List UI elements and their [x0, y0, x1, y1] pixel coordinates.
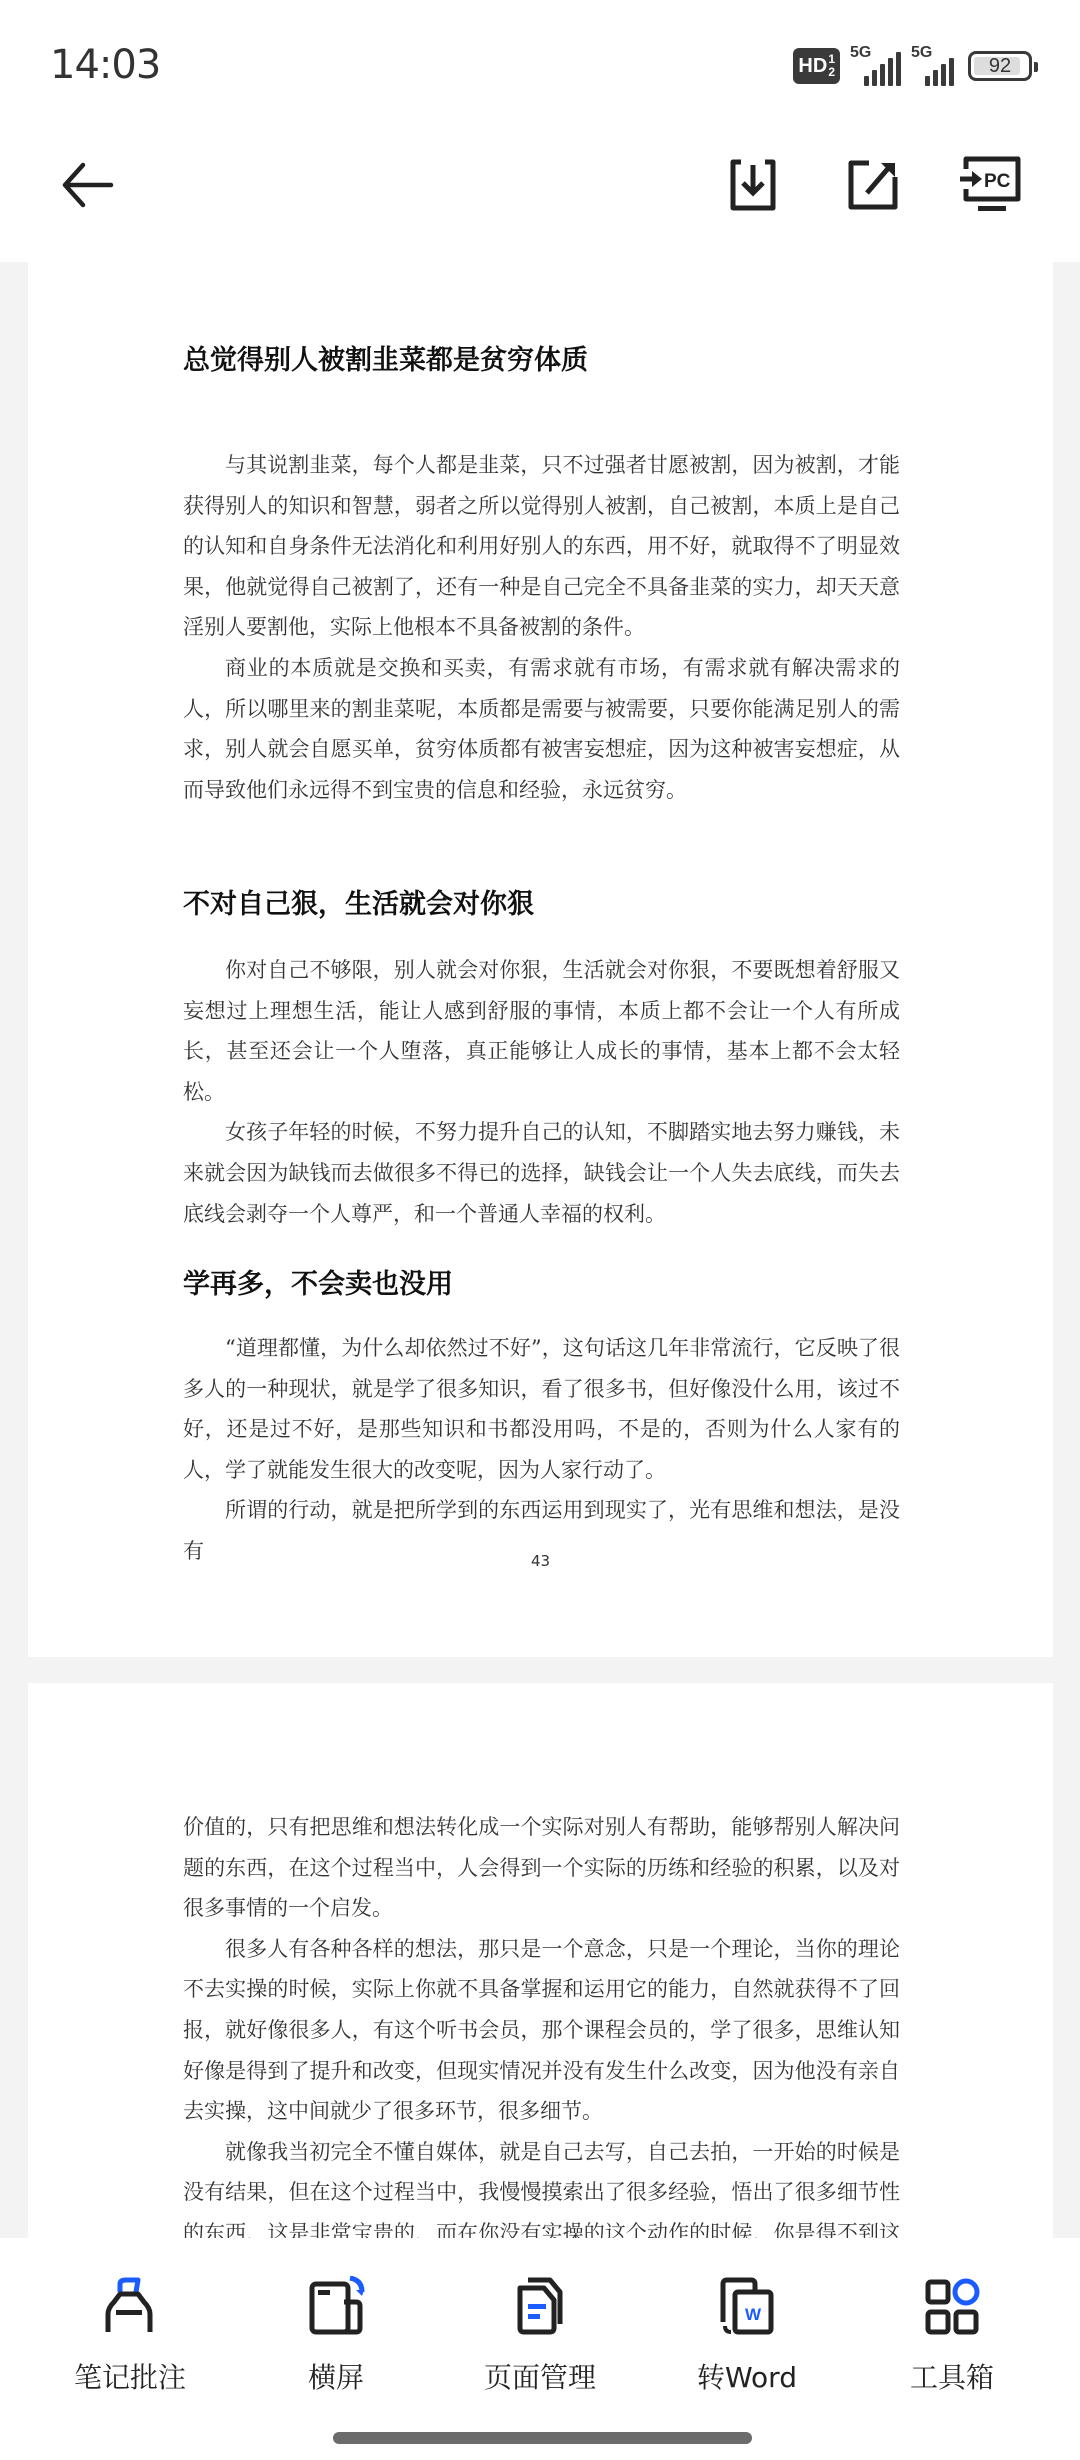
- section-heading: 学再多，不会卖也没用: [183, 1262, 453, 1301]
- hd-sim2: 2: [828, 66, 835, 79]
- svg-text:PC: PC: [984, 171, 1011, 192]
- status-icons: HD 12 5G 5G 92: [793, 46, 1032, 86]
- highlighter-icon: [100, 2276, 160, 2336]
- bottom-toolbar: 笔记批注 横屏 页面管理: [0, 2238, 1080, 2460]
- tool-label: 工具箱: [910, 2356, 994, 2396]
- open-on-pc-button[interactable]: PC: [956, 150, 1026, 220]
- sim2-network-label: 5G: [911, 44, 932, 62]
- section-body: 与其说割韭菜，每个人都是韭菜，只不过强者甘愿被割，因为被割，才能获得别人的知识和…: [183, 445, 900, 810]
- paragraph-continuation: 价值的，只有把思维和想法转化成一个实际对别人有帮助，能够帮别人解决问题的东西，在…: [183, 1807, 900, 1929]
- section-body: “道理都懂，为什么却依然过不好”，这句话这几年非常流行，它反映了很多人的一种现状…: [183, 1328, 900, 1572]
- section-body: 你对自己不够限，别人就会对你狠，生活就会对你狠，不要既想着舒服又妄想过上理想生活…: [183, 950, 900, 1234]
- landscape-button[interactable]: 横屏: [236, 2274, 436, 2404]
- paragraph: 与其说割韭菜，每个人都是韭菜，只不过强者甘愿被割，因为被割，才能获得别人的知识和…: [183, 445, 900, 648]
- hd-label: HD: [798, 55, 827, 78]
- section-heading: 总觉得别人被割韭菜都是贫穷体质: [183, 338, 588, 377]
- toolbox-button[interactable]: 工具箱: [852, 2274, 1052, 2404]
- tool-label: 页面管理: [484, 2356, 596, 2396]
- battery-percent: 92: [989, 55, 1011, 78]
- document-page: 总觉得别人被割韭菜都是贫穷体质 与其说割韭菜，每个人都是韭菜，只不过强者甘愿被割…: [28, 262, 1053, 1657]
- paragraph: 女孩子年轻的时候，不努力提升自己的认知，不脚踏实地去努力赚钱，未来就会因为缺钱而…: [183, 1112, 900, 1234]
- arrow-left-icon: [59, 157, 115, 213]
- status-time: 14:03: [50, 42, 160, 88]
- share-button[interactable]: [838, 150, 908, 220]
- section-heading: 不对自己狠，生活就会对你狠: [183, 882, 534, 921]
- page-number: 43: [28, 1552, 1053, 1570]
- sim2-signal-icon: 5G: [911, 46, 954, 86]
- paragraph: 商业的本质就是交换和买卖，有需求就有市场，有需求就有解决需求的人，所以哪里来的割…: [183, 648, 900, 810]
- convert-word-icon: W: [717, 2276, 777, 2336]
- notes-annotate-button[interactable]: 笔记批注: [30, 2274, 230, 2404]
- paragraph: “道理都懂，为什么却依然过不好”，这句话这几年非常流行，它反映了很多人的一种现状…: [183, 1328, 900, 1490]
- document-page: 价值的，只有把思维和想法转化成一个实际对别人有帮助，能够帮别人解决问题的东西，在…: [28, 1683, 1053, 2238]
- download-button[interactable]: [718, 150, 788, 220]
- pc-transfer-icon: PC: [960, 155, 1022, 215]
- page-manage-icon: [510, 2276, 570, 2336]
- toolbox-icon: [922, 2276, 982, 2336]
- paragraph: 你对自己不够限，别人就会对你狠，生活就会对你狠，不要既想着舒服又妄想过上理想生活…: [183, 950, 900, 1112]
- section-body: 价值的，只有把思维和想法转化成一个实际对别人有帮助，能够帮别人解决问题的东西，在…: [183, 1807, 900, 2238]
- share-icon: [845, 157, 901, 213]
- tool-label: 笔记批注: [74, 2356, 186, 2396]
- paragraph: 很多人有各种各样的想法，那只是一个意念，只是一个理论，当你的理论不去实操的时候，…: [183, 1929, 900, 2132]
- sim1-signal-icon: 5G: [850, 46, 901, 86]
- sim1-network-label: 5G: [850, 44, 871, 62]
- battery-icon: 92: [968, 51, 1032, 81]
- convert-word-button[interactable]: W 转Word: [647, 2274, 847, 2404]
- page-manage-button[interactable]: 页面管理: [440, 2274, 640, 2404]
- tool-label: 转Word: [697, 2356, 797, 2396]
- svg-text:W: W: [745, 2305, 762, 2324]
- rotate-landscape-icon: [306, 2276, 366, 2336]
- paragraph: 就像我当初完全不懂自媒体，就是自己去写，自己去拍，一开始的时候是没有结果，但在这…: [183, 2132, 900, 2238]
- document-viewer[interactable]: 总觉得别人被割韭菜都是贫穷体质 与其说割韭菜，每个人都是韭菜，只不过强者甘愿被割…: [0, 262, 1080, 2238]
- download-icon: [725, 157, 781, 213]
- app-header: PC: [0, 130, 1080, 262]
- status-bar: 14:03 HD 12 5G 5G 92: [0, 0, 1080, 130]
- home-indicator[interactable]: [333, 2432, 752, 2444]
- hd-voice-icon: HD 12: [793, 48, 840, 84]
- back-button[interactable]: [52, 150, 122, 220]
- tool-label: 横屏: [308, 2356, 364, 2396]
